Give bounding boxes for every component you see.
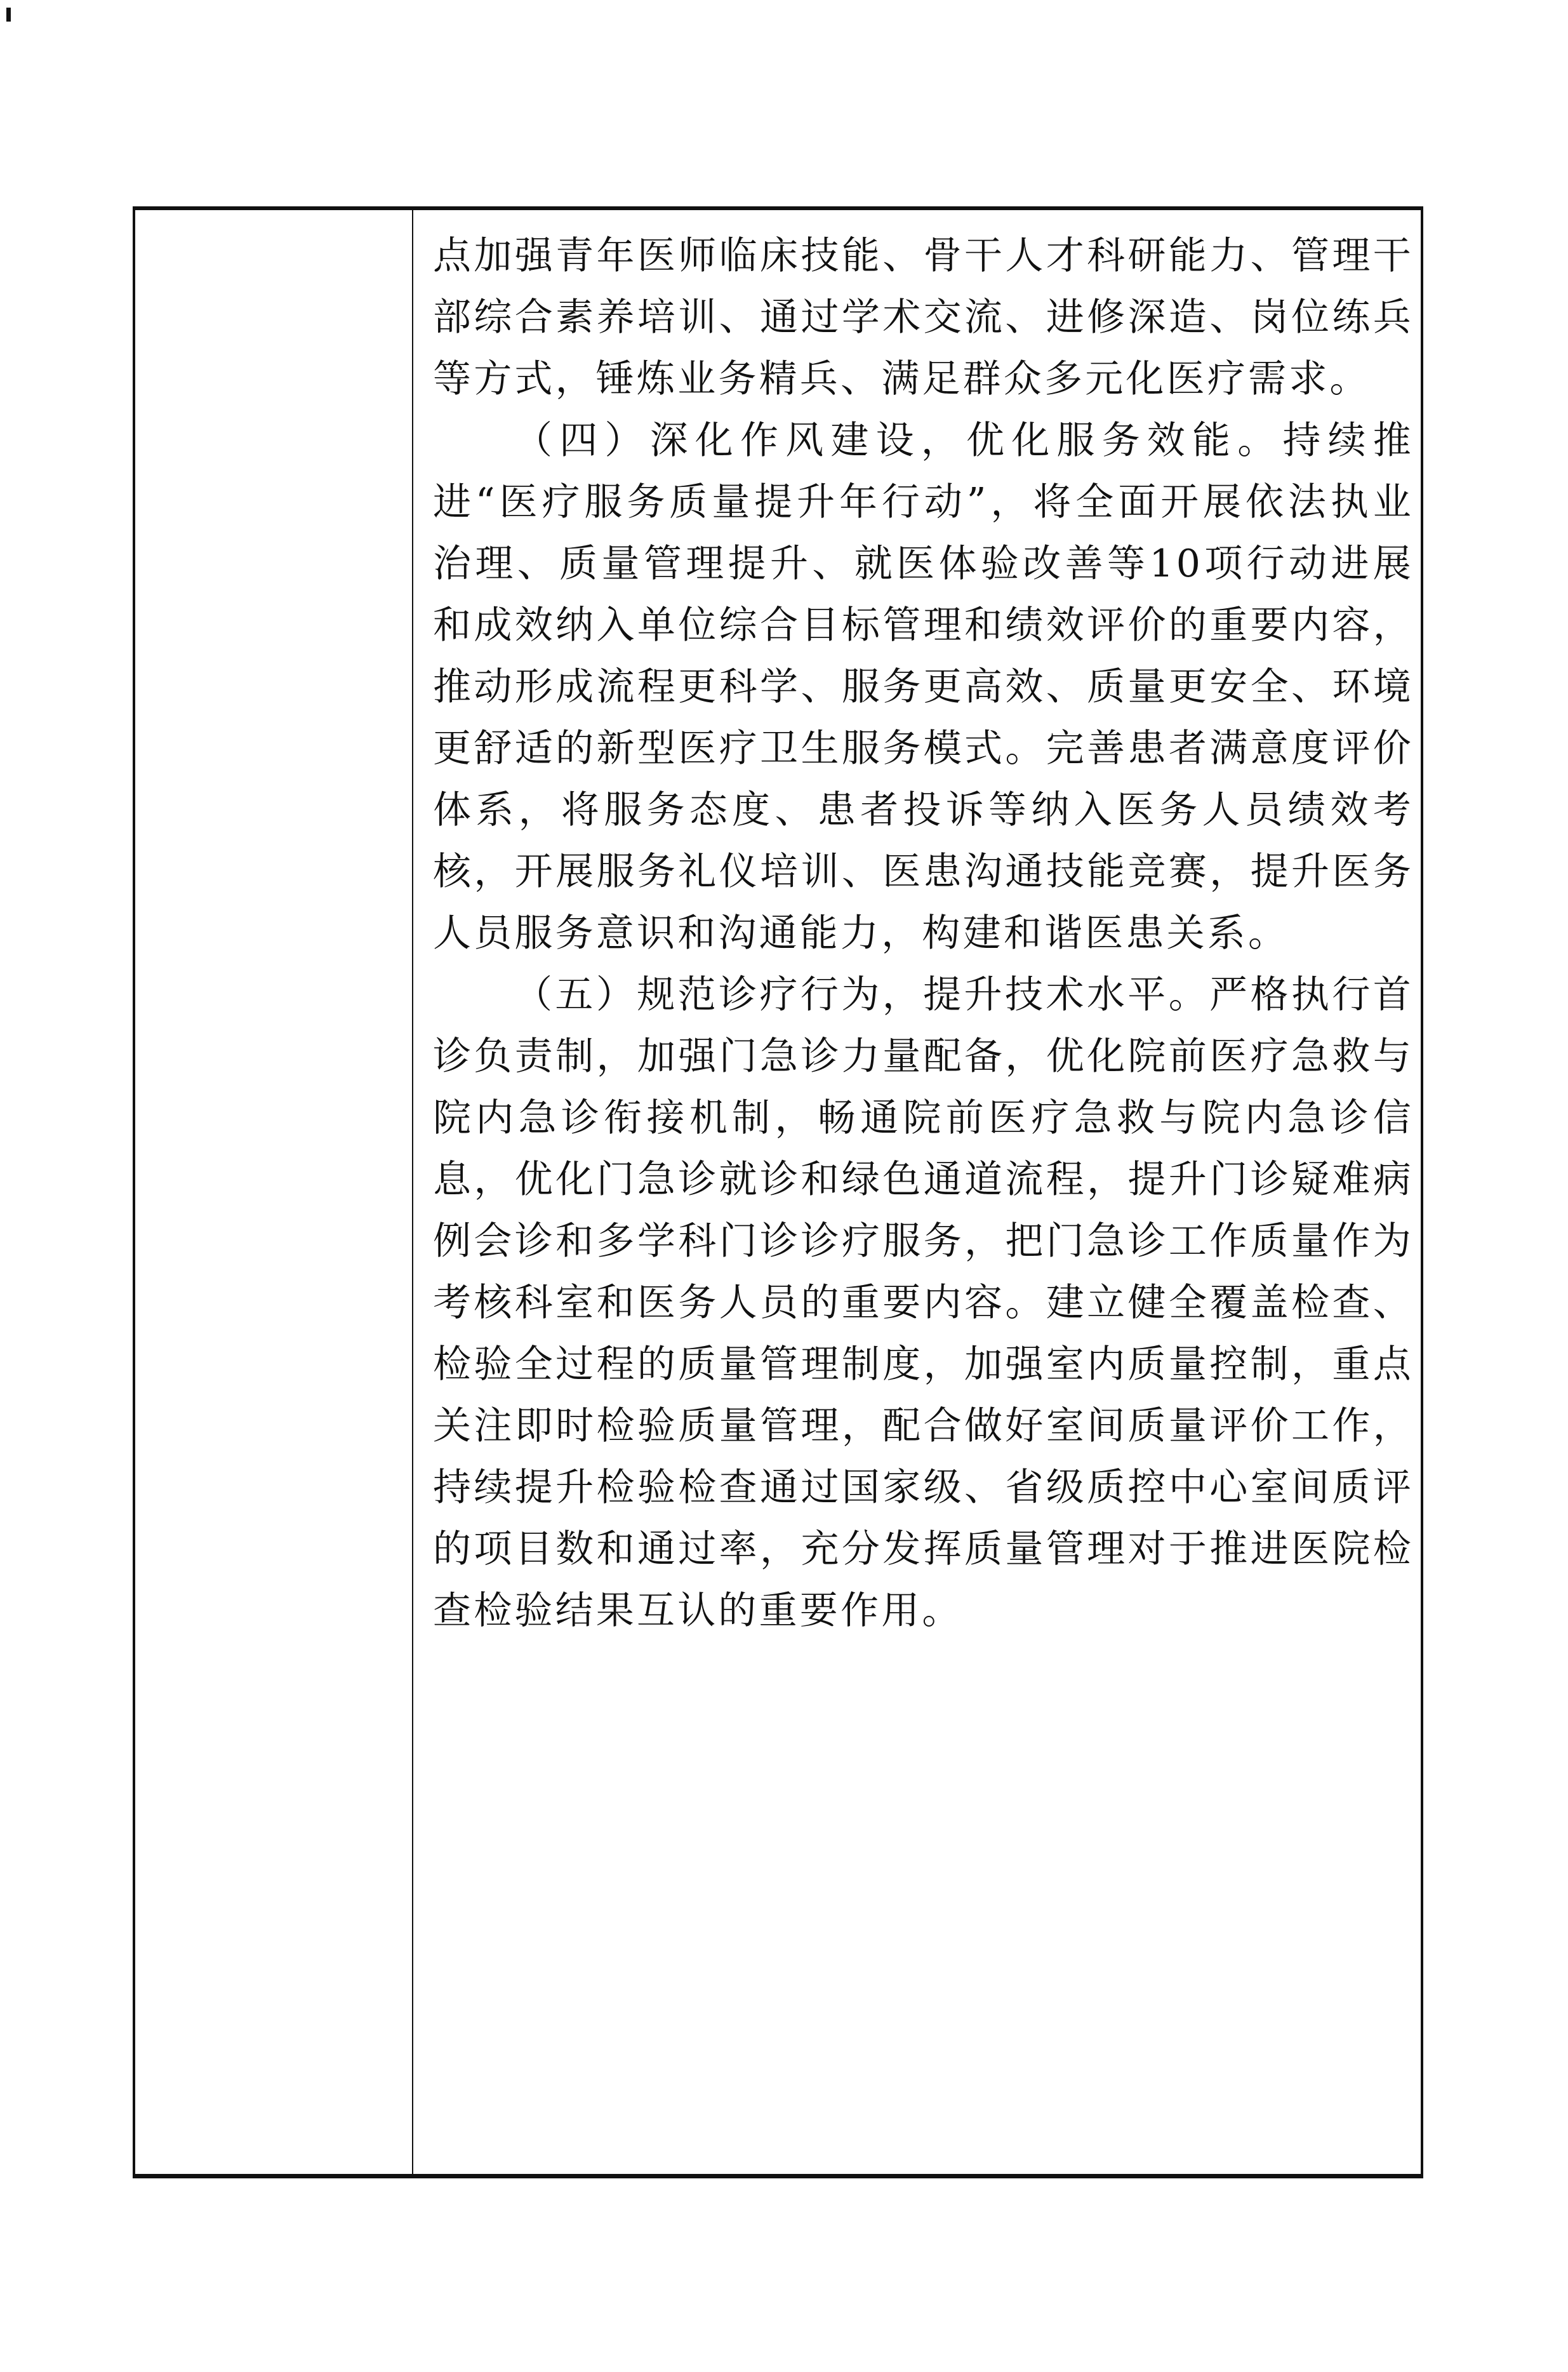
- paragraph-section-5: （五）规范诊疗行为，提升技术水平。严格执行首诊负责制，加强门急诊力量配备，优化院…: [433, 964, 1414, 1642]
- document-table: 点加强青年医师临床技能、骨干人才科研能力、管理干部综合素养培训、通过学术交流、进…: [133, 206, 1423, 2178]
- body-content: 点加强青年医师临床技能、骨干人才科研能力、管理干部综合素养培训、通过学术交流、进…: [433, 225, 1414, 1642]
- scan-artifact-mark: [6, 8, 11, 22]
- table-right-column: 点加强青年医师临床技能、骨干人才科研能力、管理干部综合素养培训、通过学术交流、进…: [413, 210, 1421, 2174]
- paragraph-section-4: （四）深化作风建设，优化服务效能。持续推进“医疗服务质量提升年行动”，将全面开展…: [433, 410, 1414, 964]
- paragraph-continuation: 点加强青年医师临床技能、骨干人才科研能力、管理干部综合素养培训、通过学术交流、进…: [433, 225, 1414, 410]
- table-left-column: [135, 210, 413, 2174]
